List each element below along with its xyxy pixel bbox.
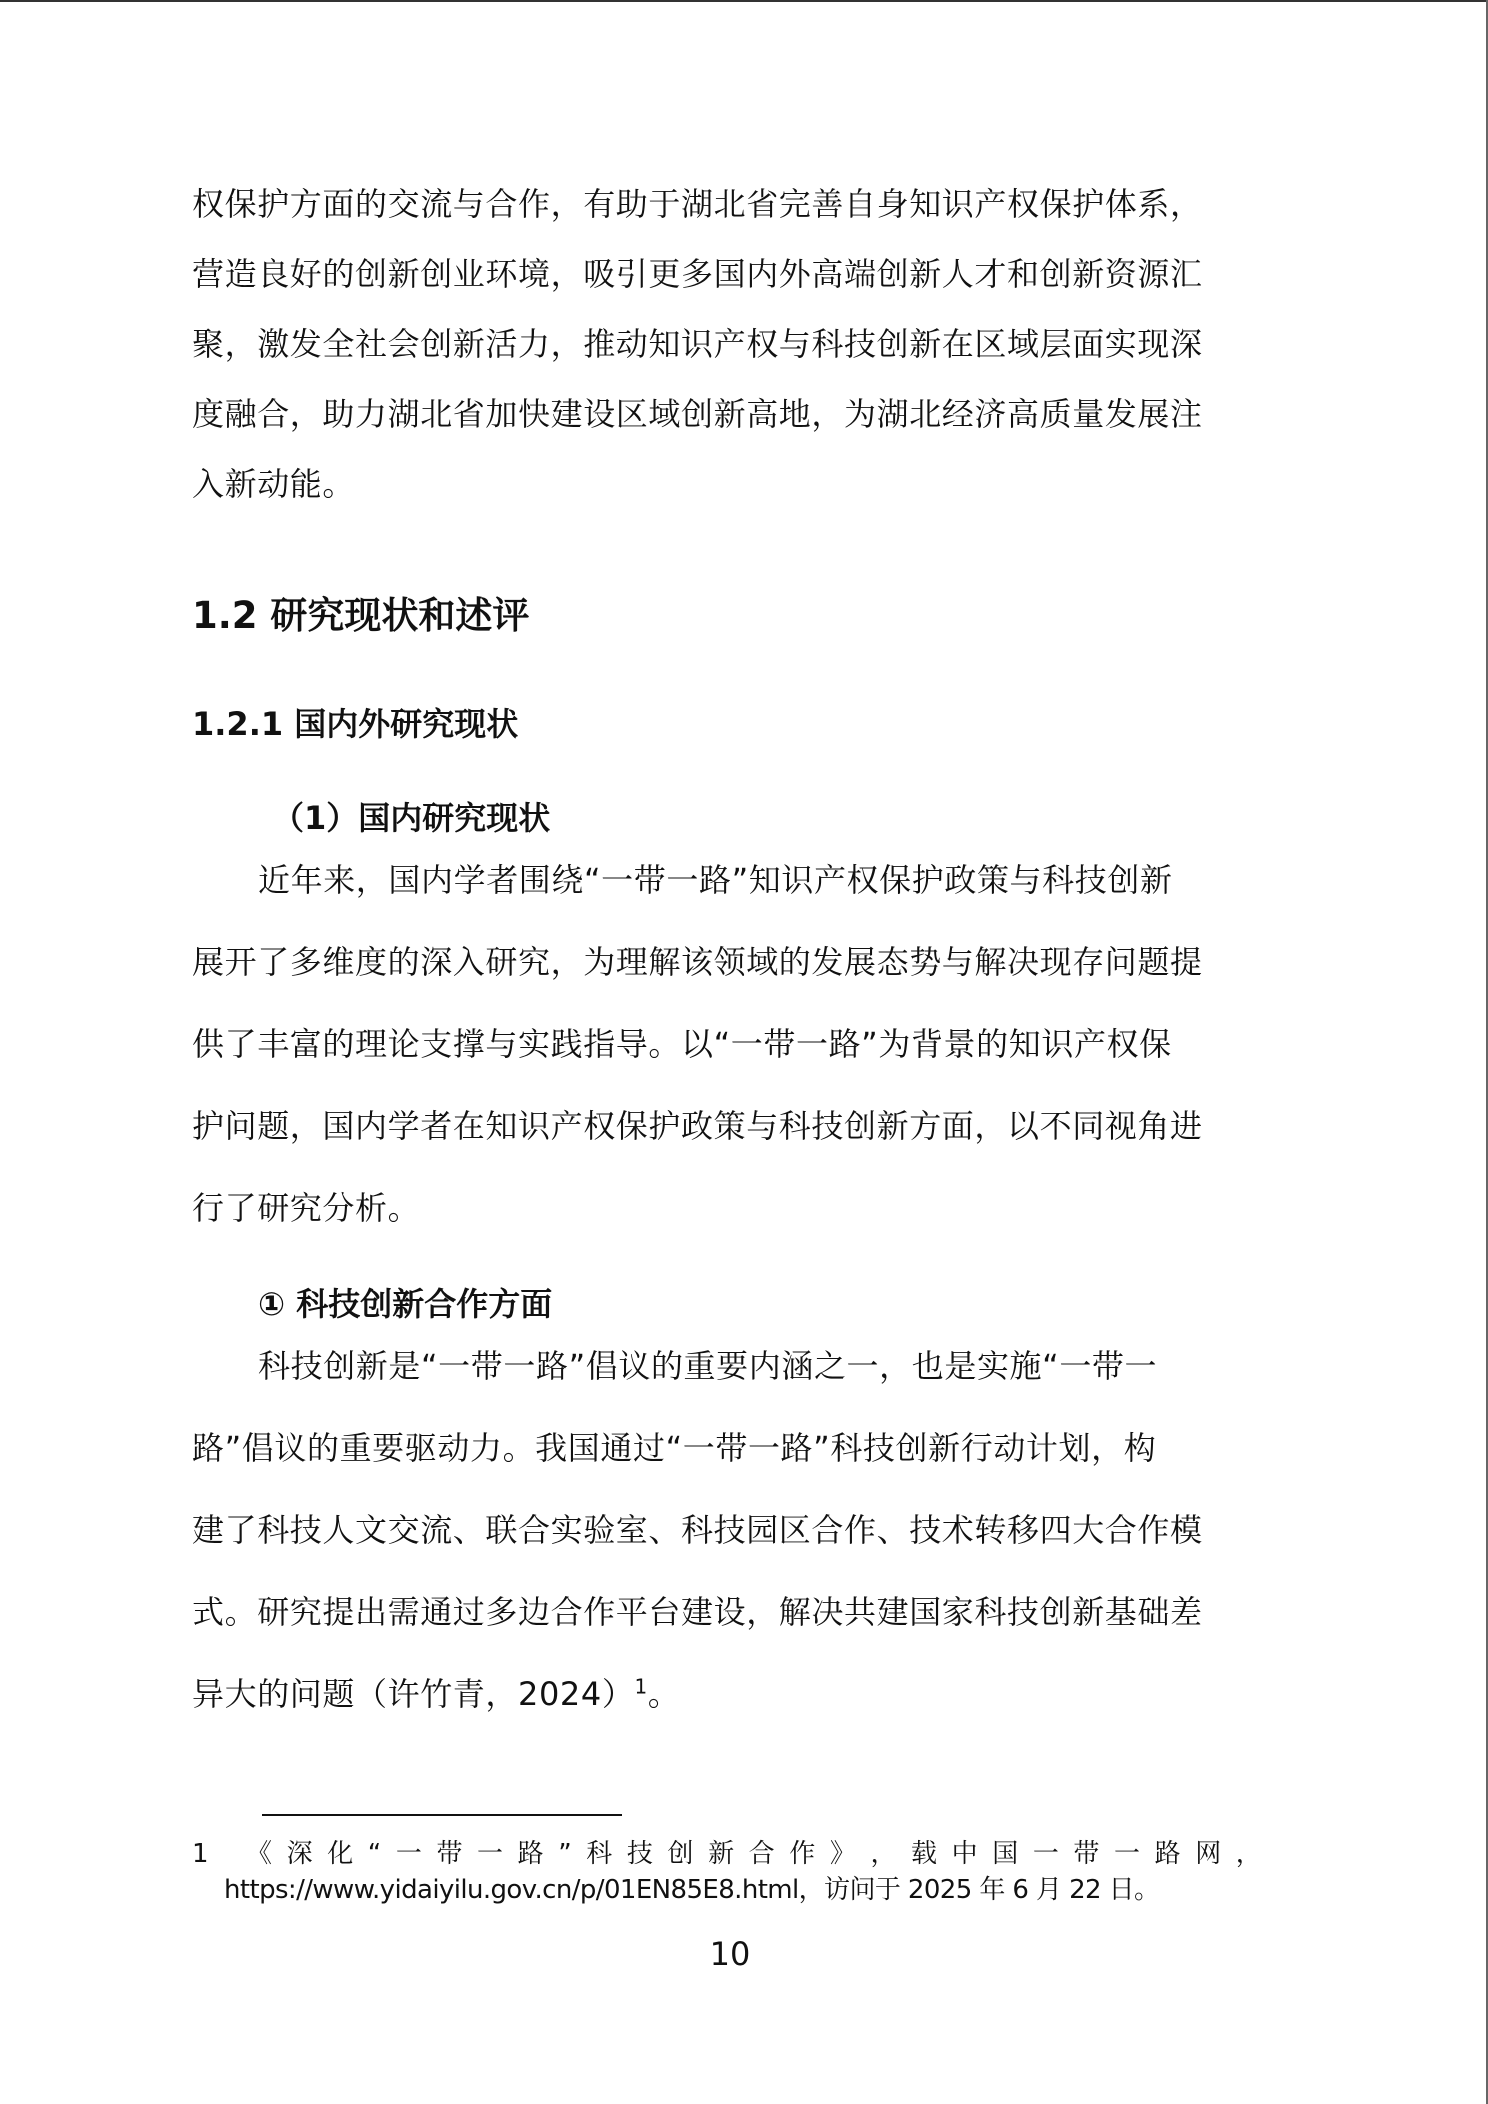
subsection-heading: 1.2.1 国内外研究现状	[192, 704, 518, 744]
paragraph-line: 行了研究分析。	[192, 1188, 420, 1228]
paragraph-line: 权保护方面的交流与合作，有助于湖北省完善自身知识产权保护体系，	[192, 184, 1203, 224]
footnote-title-char: 一	[396, 1836, 422, 1872]
footnote-separator	[262, 1814, 622, 1816]
footnote-title-char: 化	[327, 1836, 353, 1872]
part-heading: （1）国内研究现状	[272, 798, 550, 838]
footnote-title-char: “	[368, 1836, 381, 1872]
paragraph-line: 式。研究提出需通过多边合作平台建设，解决共建国家科技创新基础差	[192, 1592, 1203, 1632]
footnote-title-char: ”	[558, 1836, 571, 1872]
footnote-title-char: 一	[1114, 1836, 1140, 1872]
footnote-title-char: 国	[992, 1836, 1018, 1872]
footnote-title: 《深化“一带一路”科技创新合作》，载中国一带一路网，	[232, 1836, 1262, 1872]
paragraph-line: 护问题，国内学者在知识产权保护政策与科技创新方面，以不同视角进	[192, 1106, 1203, 1146]
footnote-title-char: 《	[246, 1836, 272, 1872]
footnote-title-char: ，	[1236, 1836, 1262, 1872]
footnote-title-char: 作	[789, 1836, 815, 1872]
footnote-title-char: 一	[1033, 1836, 1059, 1872]
page-number: 10	[0, 1934, 1460, 1974]
paragraph-line: 科技创新是“一带一路”倡议的重要内涵之一，也是实施“一带一	[258, 1346, 1157, 1386]
footnote-title-char: 合	[749, 1836, 775, 1872]
paragraph-line: 营造良好的创新创业环境，吸引更多国内外高端创新人才和创新资源汇	[192, 254, 1203, 294]
footnote-line-1: 1 《深化“一带一路”科技创新合作》，载中国一带一路网，	[192, 1836, 1262, 1872]
paragraph-line: 异大的问题（许竹青，2024）1。	[192, 1674, 680, 1714]
footnote-title-char: 深	[287, 1836, 313, 1872]
footnote-title-char: 科	[586, 1836, 612, 1872]
footnote: 1 《深化“一带一路”科技创新合作》，载中国一带一路网， https://www…	[192, 1836, 1262, 1908]
section-heading: 1.2 研究现状和述评	[192, 594, 529, 638]
paragraph-text: 异大的问题（许竹青，2024）	[192, 1675, 634, 1713]
footnote-title-char: 新	[708, 1836, 734, 1872]
footnote-title-char: 带	[436, 1836, 462, 1872]
paragraph-line: 供了丰富的理论支撑与实践指导。以“一带一路”为背景的知识产权保	[192, 1024, 1172, 1064]
footnote-title-char: 路	[518, 1836, 544, 1872]
paragraph-end-punct: 。	[648, 1675, 681, 1713]
footnote-reference[interactable]: 1	[634, 1674, 647, 1698]
paragraph-line: 建了科技人文交流、联合实验室、科技园区合作、技术转移四大合作模	[192, 1510, 1203, 1550]
footnote-title-char: 网	[1195, 1836, 1221, 1872]
footnote-title-char: 路	[1155, 1836, 1181, 1872]
footnote-title-char: ，	[870, 1836, 896, 1872]
footnote-title-char: 技	[627, 1836, 653, 1872]
footnote-number: 1	[192, 1836, 232, 1872]
paragraph-line: 度融合，助力湖北省加快建设区域创新高地，为湖北经济高质量发展注	[192, 394, 1203, 434]
item-heading: ① 科技创新合作方面	[258, 1284, 552, 1324]
footnote-title-char: 一	[477, 1836, 503, 1872]
paragraph-line: 聚，激发全社会创新活力，推动知识产权与科技创新在区域层面实现深	[192, 324, 1203, 364]
footnote-title-char: 创	[667, 1836, 693, 1872]
footnote-title-char: 载	[911, 1836, 937, 1872]
page-top-border	[0, 0, 1488, 2]
paragraph-line: 路”倡议的重要驱动力。我国通过“一带一路”科技创新行动计划，构	[192, 1428, 1156, 1468]
paragraph-line: 入新动能。	[192, 464, 355, 504]
paragraph-line: 展开了多维度的深入研究，为理解该领域的发展态势与解决现存问题提	[192, 942, 1203, 982]
footnote-title-char: 带	[1073, 1836, 1099, 1872]
paragraph-line: 近年来，国内学者围绕“一带一路”知识产权保护政策与科技创新	[258, 860, 1173, 900]
footnote-source-link[interactable]: https://www.yidaiyilu.gov.cn/p/01EN85E8.…	[192, 1872, 1262, 1908]
footnote-title-char: 中	[952, 1836, 978, 1872]
footnote-title-char: 》	[830, 1836, 856, 1872]
